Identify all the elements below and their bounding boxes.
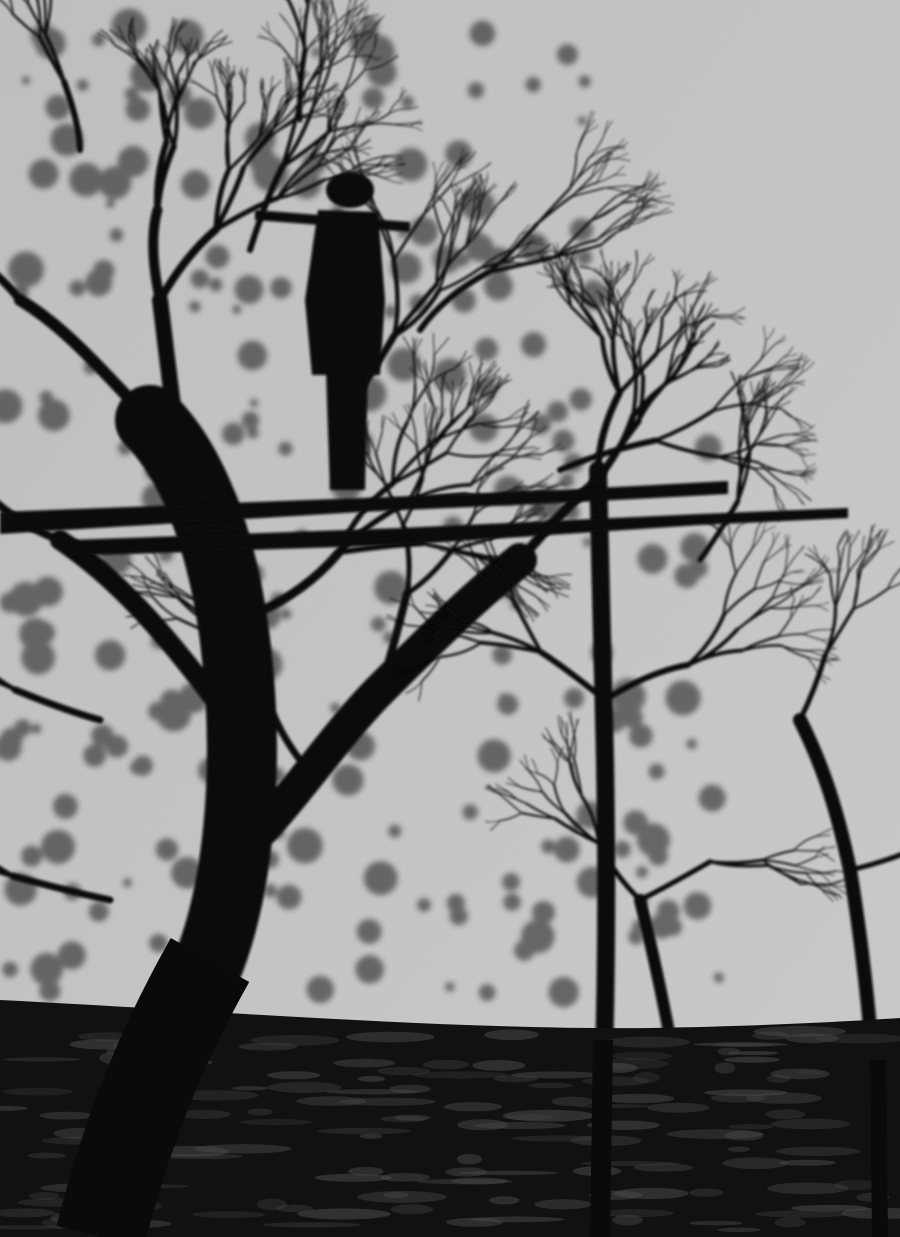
photograph: Silhouette of a person standing on a lon… xyxy=(0,0,900,1237)
photo-canvas xyxy=(0,0,900,1237)
